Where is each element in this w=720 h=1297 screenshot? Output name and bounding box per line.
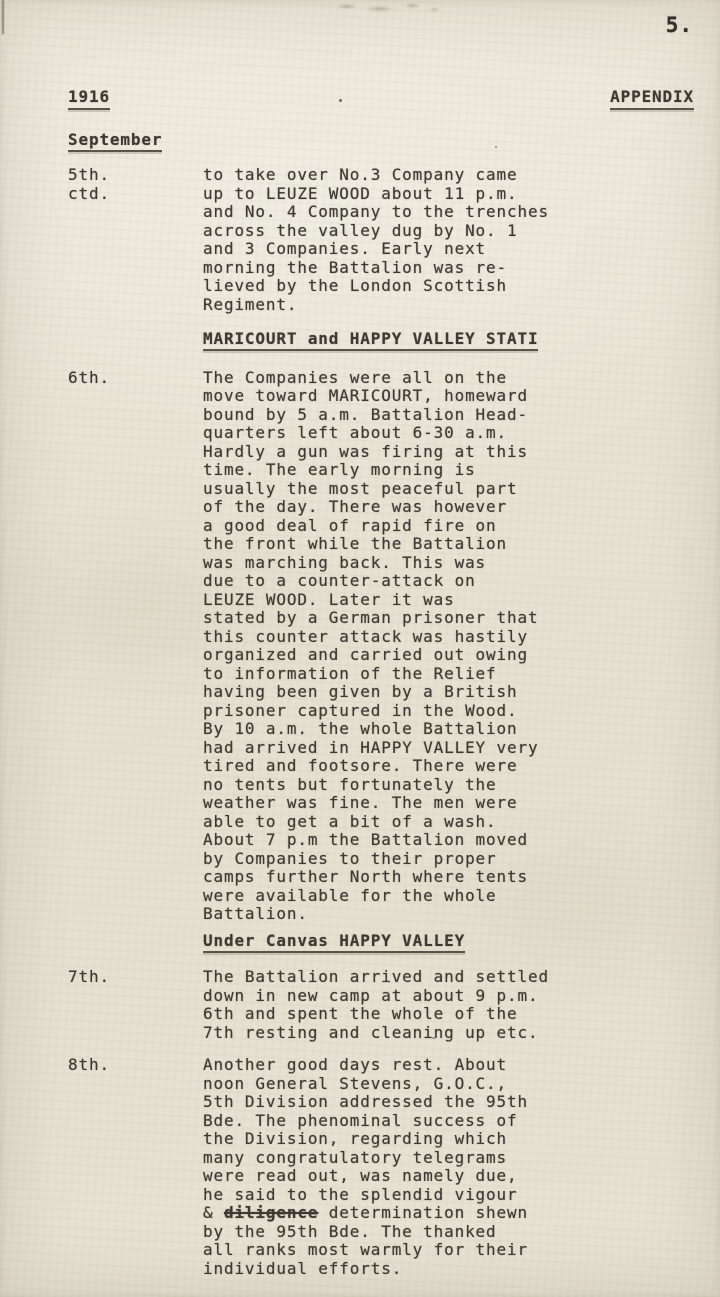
diary-entry: 5th. ctd.to take over No.3 Company came … <box>68 166 694 314</box>
entry-text: The Companies were all on the move towar… <box>203 369 694 924</box>
diary-page: 5. 1916 APPENDIX September 5th. ctd.to t… <box>0 0 720 1297</box>
section-heading: MARICOURT and HAPPY VALLEY STATI <box>68 330 694 349</box>
entry-date: 7th. <box>68 968 203 1042</box>
entry-date: 6th. <box>68 369 203 924</box>
diary-entry: 7th.The Battalion arrived and settled do… <box>68 968 694 1042</box>
diary-entry: 8th.Another good days rest. About noon G… <box>68 1056 694 1278</box>
page-content: 1916 APPENDIX September 5th. ctd.to take… <box>68 88 694 1278</box>
entry-text: The Battalion arrived and settled down i… <box>203 968 694 1042</box>
entry-text: to take over No.3 Company came up to LEU… <box>203 166 694 314</box>
appendix-label: APPENDIX <box>610 88 694 110</box>
page-header: 1916 APPENDIX <box>68 88 694 110</box>
entry-date: 8th. <box>68 1056 203 1278</box>
entry-date: 5th. ctd. <box>68 166 203 314</box>
entries: 5th. ctd.to take over No.3 Company came … <box>68 166 694 1278</box>
entry-text: Another good days rest. About noon Gener… <box>203 1056 694 1278</box>
month-label: September <box>68 130 162 152</box>
year-label: 1916 <box>68 88 110 110</box>
scan-edge-artifact <box>2 0 4 34</box>
section-heading: Under Canvas HAPPY VALLEY <box>68 932 694 951</box>
month-row: September <box>68 131 694 150</box>
page-number: 5. <box>666 13 693 37</box>
struck-word: diligence <box>224 1203 318 1222</box>
diary-entry: 6th.The Companies were all on the move t… <box>68 369 694 924</box>
bleedthrough-mark <box>330 0 440 16</box>
